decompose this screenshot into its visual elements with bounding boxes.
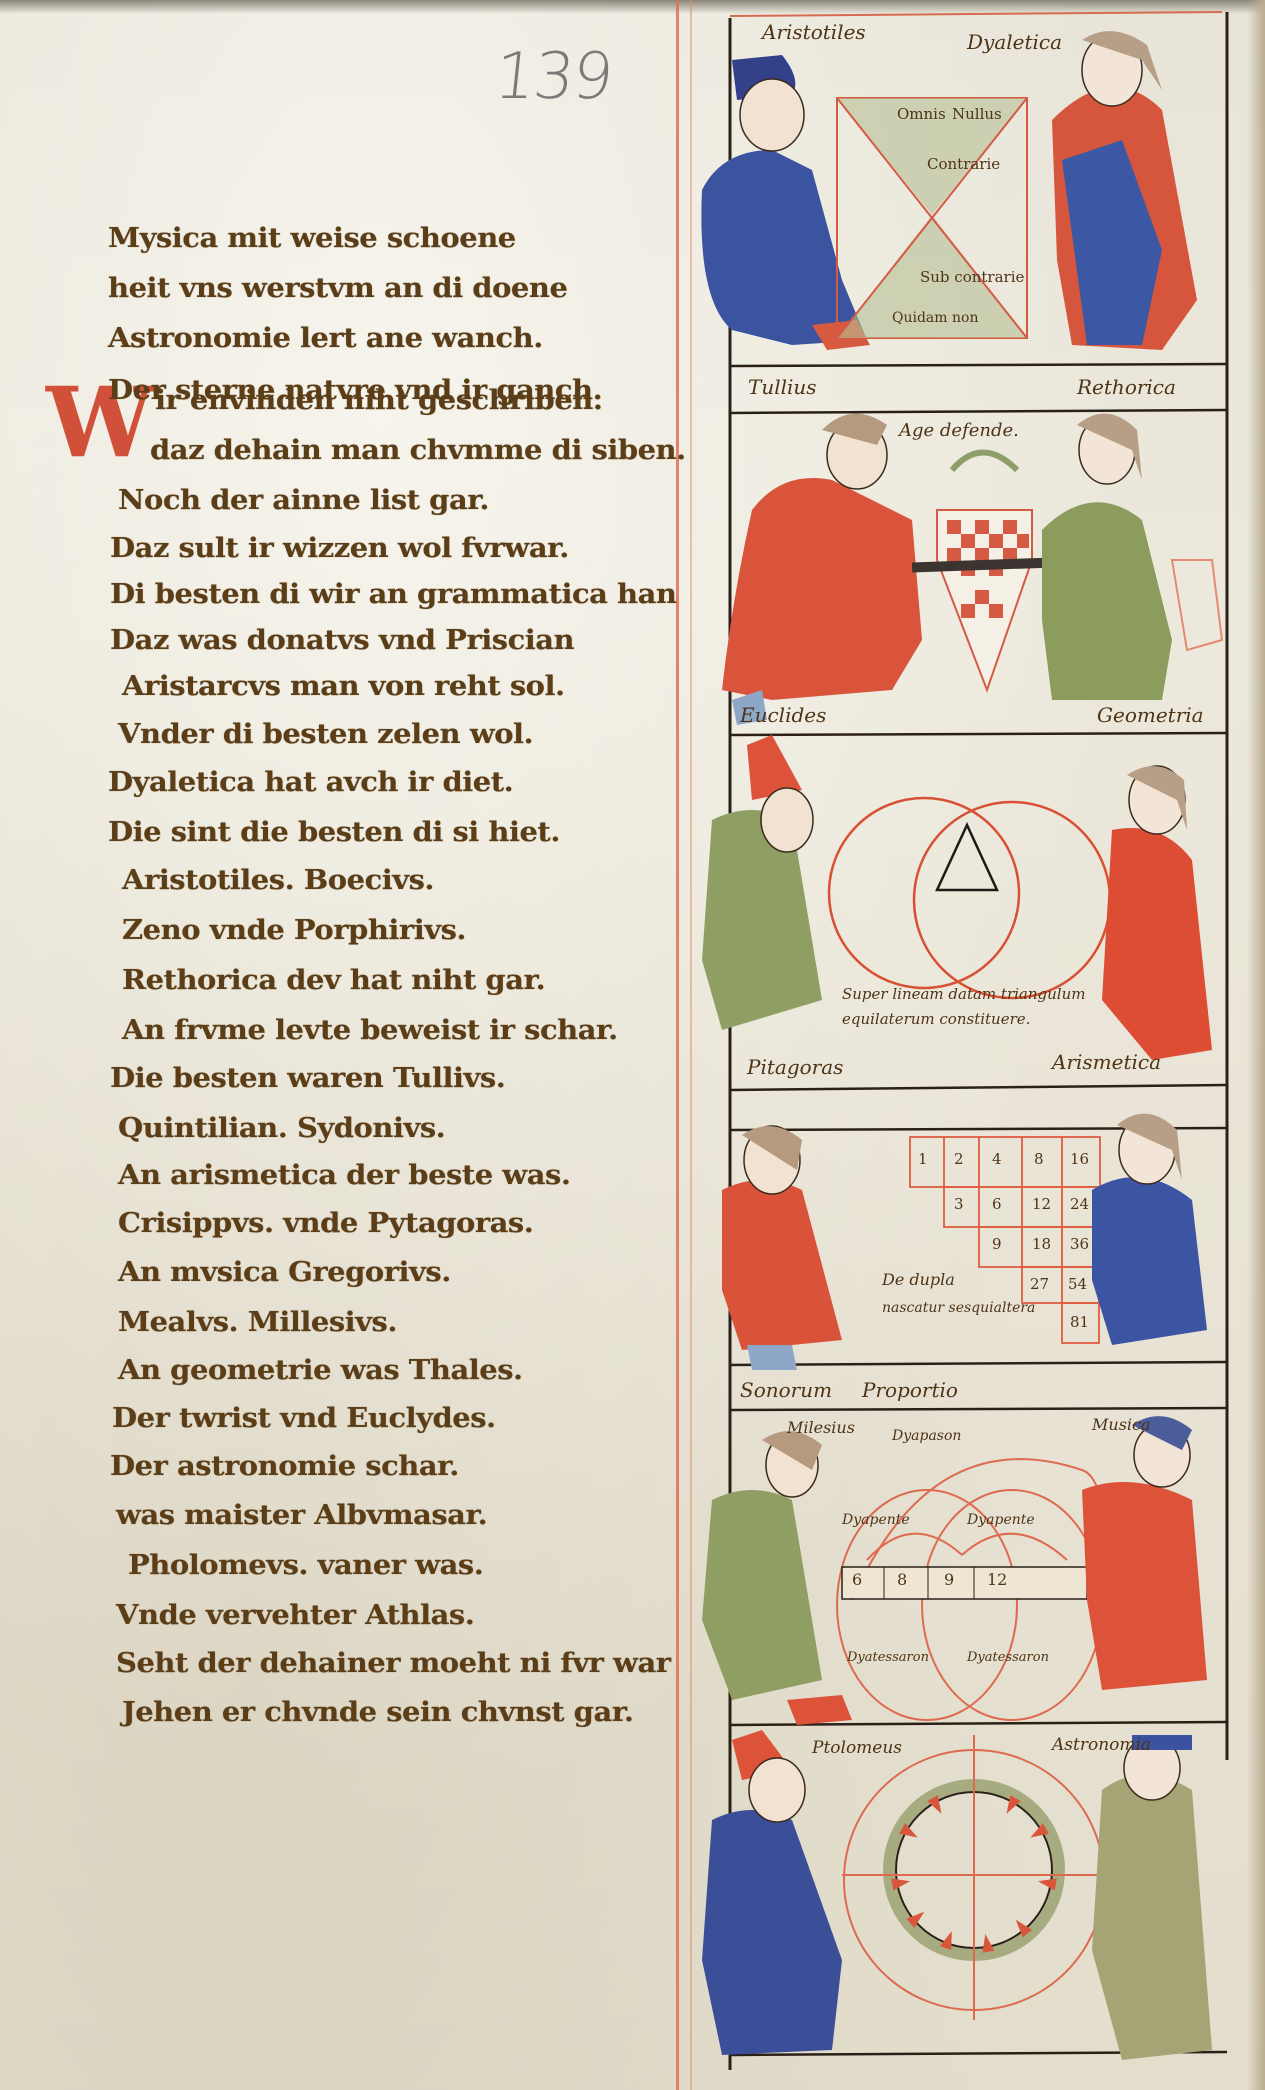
diagram-dyatessaron-left: Dyatessaron bbox=[847, 1650, 929, 1665]
verse-line: daz dehain man chvmme di siben. bbox=[150, 432, 686, 469]
verse-line: Dyaletica hat avch ir diet. bbox=[108, 764, 513, 801]
verse-line: Noch der ainne list gar. bbox=[118, 482, 489, 519]
illustration-column: Aristotiles Dyaletica Omnis Nullus Contr… bbox=[692, 0, 1265, 2090]
label-musica: Musica bbox=[1092, 1415, 1151, 1434]
grid-cell: 18 bbox=[1032, 1235, 1051, 1253]
label-rethorica: Rethorica bbox=[1077, 375, 1176, 399]
grid-cell: 2 bbox=[954, 1150, 964, 1168]
verse-line: Quintilian. Sydonivs. bbox=[118, 1110, 445, 1147]
label-milesius: Milesius bbox=[787, 1418, 855, 1437]
verse-line: Aristarcvs man von reht sol. bbox=[122, 668, 565, 705]
grid-cell: 12 bbox=[1032, 1195, 1051, 1213]
grid-cell: 24 bbox=[1070, 1195, 1089, 1213]
label-ptolomeus: Ptolomeus bbox=[812, 1738, 902, 1758]
verse-line: Jehen er chvnde sein chvnst gar. bbox=[122, 1694, 633, 1731]
grid-cell: 9 bbox=[992, 1235, 1002, 1253]
diagram-quidam-non: Quidam non bbox=[892, 310, 978, 326]
verse-column: W Mysica mit weise schoene heit vns wers… bbox=[0, 0, 680, 2090]
scale-value: 6 bbox=[852, 1570, 862, 1589]
diagram-dyapente-right: Dyapente bbox=[967, 1512, 1035, 1528]
verse-line: Daz sult ir wizzen wol fvrwar. bbox=[110, 530, 569, 567]
verse-line: An arismetica der beste was. bbox=[118, 1157, 570, 1194]
verse-line: heit vns werstvm an di doene bbox=[108, 270, 567, 307]
verse-line: was maister Albvmasar. bbox=[116, 1497, 487, 1534]
label-proportio: Proportio bbox=[862, 1378, 958, 1402]
panel-rhetoric bbox=[722, 414, 1222, 725]
diagram-equilaterum: equilaterum constituere. bbox=[842, 1010, 1030, 1028]
panel-astronomy bbox=[702, 1730, 1212, 2060]
verse-line: An mvsica Gregorivs. bbox=[118, 1254, 451, 1291]
verse-line: Di besten di wir an grammatica han bbox=[110, 576, 676, 613]
diagram-super-lineam: Super lineam datam triangulum bbox=[842, 985, 1085, 1003]
label-arismetica: Arismetica bbox=[1052, 1050, 1161, 1074]
scale-value: 12 bbox=[987, 1570, 1007, 1589]
label-pitagoras: Pitagoras bbox=[747, 1055, 843, 1079]
verse-line: An geometrie was Thales. bbox=[118, 1352, 523, 1389]
diagram-dyatessaron-right: Dyatessaron bbox=[967, 1650, 1049, 1665]
label-astronomia: Astronomia bbox=[1052, 1735, 1151, 1755]
label-dyaletica: Dyaletica bbox=[967, 30, 1062, 54]
label-sonorum: Sonorum bbox=[740, 1378, 832, 1402]
grid-cell: 4 bbox=[992, 1150, 1002, 1168]
verse-line: Zeno vnde Porphirivs. bbox=[122, 912, 466, 949]
panel-dialectic bbox=[701, 31, 1197, 350]
verse-line: Aristotiles. Boecivs. bbox=[122, 862, 434, 899]
verse-line: Rethorica dev hat niht gar. bbox=[122, 962, 545, 999]
label-euclides: Euclides bbox=[740, 703, 826, 727]
grid-cell: 81 bbox=[1070, 1313, 1089, 1331]
diagram-age-defende: Age defende. bbox=[899, 420, 1019, 441]
verse-line: Die sint die besten di si hiet. bbox=[108, 814, 560, 851]
scale-value: 8 bbox=[897, 1570, 907, 1589]
panel-arithmetic bbox=[722, 1114, 1207, 1370]
grid-cell: 36 bbox=[1070, 1235, 1089, 1253]
grid-cell: 27 bbox=[1030, 1275, 1049, 1293]
panel-frames bbox=[692, 0, 1265, 2090]
verse-line: Mysica mit weise schoene bbox=[108, 220, 516, 257]
verse-line: An frvme levte beweist ir schar. bbox=[122, 1012, 618, 1049]
verse-line: ir envinden niht geschriben. bbox=[155, 382, 602, 419]
verse-line: Pholomevs. vaner was. bbox=[128, 1547, 483, 1584]
verse-line: Vnder di besten zelen wol. bbox=[118, 716, 533, 753]
verse-line: Der astronomie schar. bbox=[110, 1448, 459, 1485]
panel-music bbox=[702, 1416, 1207, 1725]
grid-cell: 54 bbox=[1068, 1275, 1087, 1293]
scale-value: 9 bbox=[944, 1570, 954, 1589]
grid-cell: 8 bbox=[1034, 1150, 1044, 1168]
verse-line: Die besten waren Tullivs. bbox=[110, 1060, 505, 1097]
verse-line: Mealvs. Millesivs. bbox=[118, 1304, 397, 1341]
grid-cell: 1 bbox=[918, 1150, 928, 1168]
verse-line: Astronomie lert ane wanch. bbox=[108, 320, 543, 357]
diagram-subcontrarie: Sub contrarie bbox=[920, 268, 1024, 286]
verse-line: Seht der dehainer moeht ni fvr war bbox=[116, 1645, 671, 1682]
grid-cell: 16 bbox=[1070, 1150, 1089, 1168]
diagram-de-dupla: De dupla bbox=[882, 1270, 955, 1289]
diagram-nascatur: nascatur sesquialtera bbox=[882, 1300, 1035, 1316]
label-aristotiles: Aristotiles bbox=[762, 20, 866, 44]
diagram-dyapente-left: Dyapente bbox=[842, 1512, 910, 1528]
diagram-contrarie: Contrarie bbox=[927, 155, 1000, 173]
grid-cell: 3 bbox=[954, 1195, 964, 1213]
label-tullius: Tullius bbox=[748, 375, 817, 399]
label-geometria: Geometria bbox=[1097, 703, 1204, 727]
diagram-nullus: Nullus bbox=[952, 105, 1002, 123]
verse-line: Vnde vervehter Athlas. bbox=[116, 1597, 474, 1634]
diagram-omnis: Omnis bbox=[897, 105, 946, 123]
verse-line: Daz was donatvs vnd Priscian bbox=[110, 622, 574, 659]
manuscript-page: 139 W Mysica mit weise schoene heit vns … bbox=[0, 0, 1265, 2090]
verse-line: Crisippvs. vnde Pytagoras. bbox=[118, 1205, 533, 1242]
diagram-dyapason: Dyapason bbox=[892, 1428, 961, 1444]
verse-line: Der twrist vnd Euclydes. bbox=[112, 1400, 496, 1437]
grid-cell: 6 bbox=[992, 1195, 1002, 1213]
